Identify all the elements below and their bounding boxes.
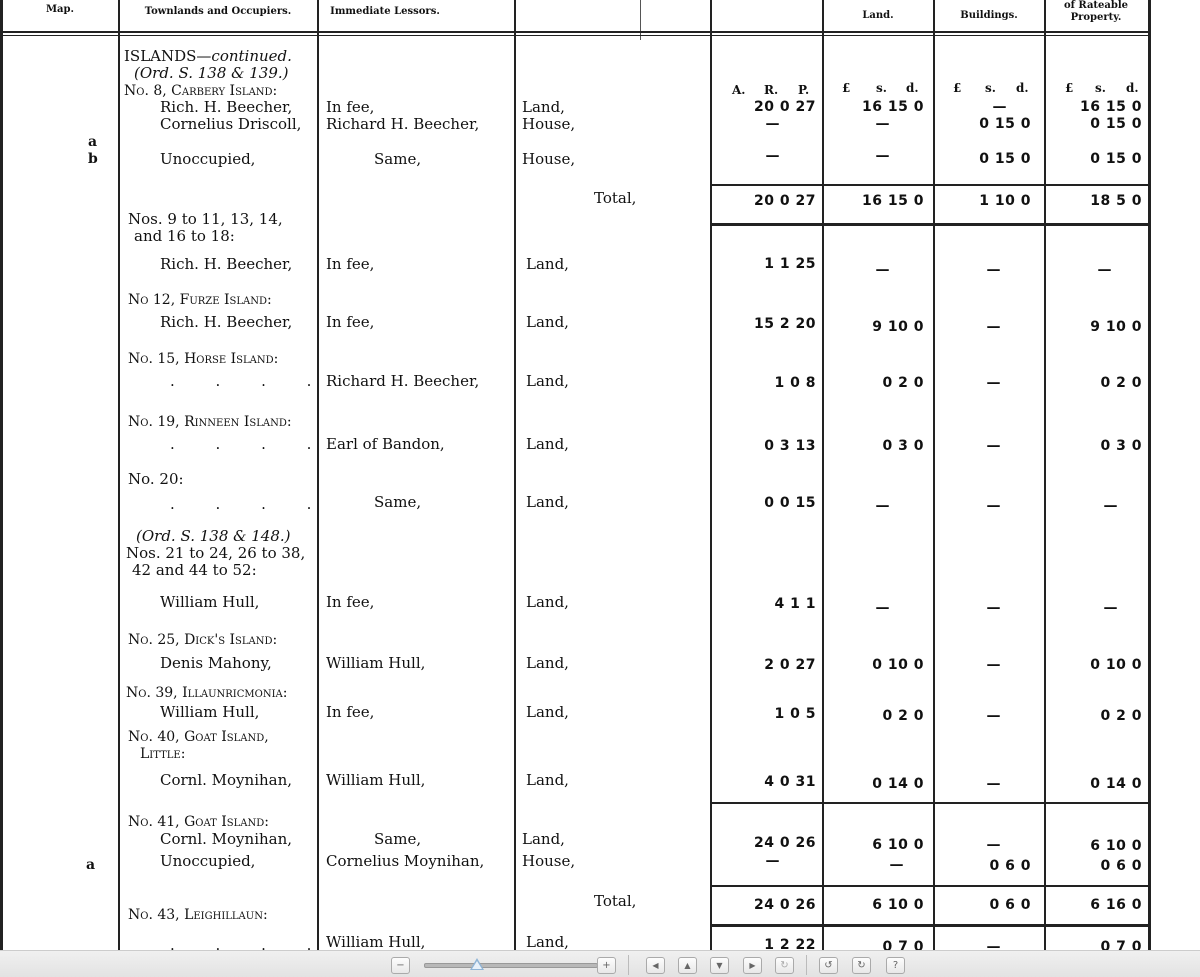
townland-name: No. 41, Goat Island:: [128, 813, 269, 831]
townland-name: No. 20:: [128, 471, 184, 488]
map-ref: a: [88, 134, 97, 150]
unit-pence: d.: [1016, 81, 1029, 95]
unit-roods: R.: [764, 83, 778, 97]
land-value: 0 7 0: [824, 939, 924, 950]
land-value: —: [824, 857, 904, 874]
reset-view-button[interactable]: ↻: [775, 957, 794, 974]
col-rule: [317, 0, 319, 950]
total-value: 0 14 0: [1046, 776, 1142, 793]
area-value: 15 2 20: [712, 316, 816, 333]
land-value: 0 3 0: [824, 438, 924, 455]
total-value: 0 10 0: [1046, 657, 1142, 674]
lessor: In fee,: [326, 314, 374, 331]
townland-name: No 12, Furze Island:: [128, 291, 272, 309]
area-total: 20 0 27: [712, 193, 816, 210]
total-rule: [710, 223, 1150, 226]
rotate-left-button[interactable]: ↺: [819, 957, 838, 974]
header-map: Map.: [30, 4, 90, 40]
unit-pence: d.: [1126, 81, 1139, 95]
total-value: 16 15 0: [1046, 99, 1142, 116]
total-value: 0 2 0: [1046, 375, 1142, 392]
description: Land,: [526, 256, 569, 273]
buildings-value: —: [935, 99, 1007, 116]
total-value: 9 10 0: [1046, 319, 1142, 336]
lessor: Richard H. Beecher,: [326, 116, 479, 133]
help-button[interactable]: ?: [886, 957, 905, 974]
buildings-total: 0 6 0: [935, 897, 1031, 914]
total-value: —: [1046, 498, 1118, 515]
total-value: 0 15 0: [1046, 151, 1142, 168]
total-value: 0 3 0: [1046, 438, 1142, 455]
col-rule: [0, 0, 3, 950]
zoom-slider[interactable]: [424, 963, 598, 968]
townland-name: No. 25, Dick's Island:: [128, 631, 277, 649]
area-total: 24 0 26: [712, 897, 816, 914]
header-townlands: Townlands and Occupiers.: [120, 6, 316, 42]
land-value: 0 10 0: [824, 657, 924, 674]
occupier: Cornl. Moynihan,: [160, 772, 292, 789]
lessor: Same,: [374, 151, 421, 168]
area-value: —: [712, 853, 780, 870]
land-value: 0 14 0: [824, 776, 924, 793]
next-page-button[interactable]: ▶: [743, 957, 762, 974]
land-value: —: [824, 262, 890, 279]
buildings-value: —: [935, 939, 1001, 950]
land-total: 16 15 0: [824, 193, 924, 210]
buildings-value: 0 6 0: [935, 858, 1031, 875]
total-label: Total,: [594, 190, 636, 207]
header-buildings: Buildings.: [935, 10, 1043, 46]
toolbar-separator: [628, 955, 629, 975]
zoom-out-button[interactable]: −: [391, 957, 410, 974]
ord-survey-ref: (Ord. S. 138 & 148.): [136, 528, 291, 545]
area-value: 0 3 13: [712, 438, 816, 455]
previous-page-button[interactable]: ◀: [646, 957, 665, 974]
header-land: Land.: [824, 10, 932, 46]
section-title: ISLANDS—continued.: [124, 48, 292, 65]
lessor: Same,: [374, 494, 421, 511]
occupier-placeholder: . . . .: [170, 373, 329, 390]
area-value: 1 0 8: [712, 375, 816, 392]
lessor: Cornelius Moynihan,: [326, 853, 484, 870]
townland-name-cont: Little:: [140, 745, 185, 763]
map-ref: b: [88, 151, 98, 167]
lessor: In fee,: [326, 99, 374, 116]
unit-pounds: £: [842, 81, 850, 95]
row-rule: [710, 802, 1150, 804]
description: House,: [522, 853, 575, 870]
unit-shillings: s.: [876, 81, 887, 95]
area-value: 4 0 31: [712, 774, 816, 791]
description: Land,: [526, 436, 569, 453]
description: House,: [522, 116, 575, 133]
area-value: 0 0 15: [712, 495, 816, 512]
buildings-value: —: [935, 262, 1001, 279]
land-value: —: [824, 148, 890, 165]
buildings-value: —: [935, 837, 1001, 854]
buildings-total: 1 10 0: [935, 193, 1031, 210]
total-rule: [710, 924, 1150, 927]
buildings-value: —: [935, 319, 1001, 336]
occupier-placeholder: . . . .: [170, 496, 329, 513]
occupier-placeholder: . . . .: [170, 937, 329, 950]
area-value: 20 0 27: [712, 99, 816, 116]
occupier: Rich. H. Beecher,: [160, 314, 292, 331]
total-rule: [710, 184, 1150, 186]
townland-name-cont: and 16 to 18:: [134, 228, 235, 245]
col-rule: [1148, 0, 1151, 950]
occupier: Cornelius Driscoll,: [160, 116, 301, 133]
col-rule: [1044, 0, 1046, 950]
occupier: William Hull,: [160, 704, 259, 721]
occupier: Rich. H. Beecher,: [160, 256, 292, 273]
townland-name-cont: 42 and 44 to 52:: [132, 562, 257, 579]
land-value: 16 15 0: [824, 99, 924, 116]
buildings-value: —: [935, 657, 1001, 674]
area-value: 2 0 27: [712, 657, 816, 674]
total-value: —: [1046, 600, 1118, 617]
lessor: William Hull,: [326, 772, 425, 789]
townland-name: Nos. 21 to 24, 26 to 38,: [126, 545, 305, 562]
townland-name: Nos. 9 to 11, 13, 14,: [128, 211, 283, 228]
total-value: 0 7 0: [1046, 939, 1142, 950]
buildings-value: —: [935, 708, 1001, 725]
unit-perches: P.: [798, 83, 809, 97]
land-value: 9 10 0: [824, 319, 924, 336]
land-value: —: [824, 498, 890, 515]
area-value: —: [712, 148, 780, 165]
buildings-value: —: [935, 498, 1001, 515]
zoom-slider-thumb-inner: [472, 961, 482, 969]
townland-name: No. 19, Rinneen Island:: [128, 413, 292, 431]
description: Land,: [526, 373, 569, 390]
occupier: Unoccupied,: [160, 853, 255, 870]
total-label: Total,: [594, 893, 636, 910]
lessor: In fee,: [326, 704, 374, 721]
area-value: 4 1 1: [712, 596, 816, 613]
col-rule: [822, 0, 824, 950]
map-ref: a: [86, 857, 95, 873]
occupier: Rich. H. Beecher,: [160, 99, 292, 116]
col-rule-dotted: [640, 0, 641, 40]
area-value: 1 0 5: [712, 706, 816, 723]
unit-pounds: £: [953, 81, 961, 95]
unit-pounds: £: [1065, 81, 1073, 95]
area-value: 24 0 26: [712, 835, 816, 852]
occupier-placeholder: . . . .: [170, 436, 329, 453]
buildings-value: —: [935, 776, 1001, 793]
ord-survey-ref: (Ord. S. 138 & 139.): [134, 65, 289, 82]
buildings-value: —: [935, 600, 1001, 617]
description: Land,: [526, 772, 569, 789]
rateable-total: 6 16 0: [1046, 897, 1142, 914]
lessor: Earl of Bandon,: [326, 436, 445, 453]
buildings-value: 0 15 0: [935, 151, 1031, 168]
total-value: 0 2 0: [1046, 708, 1142, 725]
occupier: Unoccupied,: [160, 151, 255, 168]
lessor: Same,: [374, 831, 421, 848]
land-value: 0 2 0: [824, 375, 924, 392]
area-value: 1 1 25: [712, 256, 816, 273]
unit-acres: A.: [732, 83, 746, 97]
lessor: Richard H. Beecher,: [326, 373, 479, 390]
scroll-down-button[interactable]: ▼: [710, 957, 729, 974]
header-rateable-2: Property.: [1046, 12, 1146, 48]
occupier: William Hull,: [160, 594, 259, 611]
total-value: 0 6 0: [1046, 858, 1142, 875]
occupier: Cornl. Moynihan,: [160, 831, 292, 848]
header-lessors: Immediate Lessors.: [320, 6, 450, 42]
total-rule: [710, 885, 1150, 887]
description: Land,: [522, 99, 565, 116]
lessor: William Hull,: [326, 655, 425, 672]
land-value: 0 2 0: [824, 708, 924, 725]
description: Land,: [526, 655, 569, 672]
description: Land,: [526, 314, 569, 331]
document-page: Map. Townlands and Occupiers. Immediate …: [0, 0, 1200, 950]
unit-shillings: s.: [1095, 81, 1106, 95]
description: Land,: [526, 494, 569, 511]
unit-shillings: s.: [985, 81, 996, 95]
description: Land,: [522, 831, 565, 848]
townland-name: No. 40, Goat Island,: [128, 728, 269, 746]
scroll-up-button[interactable]: ▲: [678, 957, 697, 974]
buildings-value: —: [935, 438, 1001, 455]
area-value: —: [712, 116, 780, 133]
rateable-total: 18 5 0: [1046, 193, 1142, 210]
viewer-toolbar: − + ◀ ▲ ▼ ▶ ↻ ↺ ↻ ?: [0, 950, 1200, 977]
description: Land,: [526, 934, 569, 950]
land-total: 6 10 0: [824, 897, 924, 914]
col-rule: [514, 0, 516, 950]
land-value: —: [824, 600, 890, 617]
buildings-value: 0 15 0: [935, 116, 1031, 133]
townland-name: No. 15, Horse Island:: [128, 350, 278, 368]
buildings-value: —: [935, 375, 1001, 392]
occupier: Denis Mahony,: [160, 655, 272, 672]
col-rule: [933, 0, 935, 950]
townland-name: No. 39, Illaunricmonia:: [126, 684, 287, 702]
total-value: —: [1046, 262, 1112, 279]
description: Land,: [526, 594, 569, 611]
toolbar-separator: [806, 955, 807, 975]
lessor: William Hull,: [326, 934, 425, 950]
total-value: 6 10 0: [1046, 838, 1142, 855]
zoom-in-button[interactable]: +: [597, 957, 616, 974]
rotate-right-button[interactable]: ↻: [852, 957, 871, 974]
col-rule: [118, 0, 120, 950]
col-rule: [710, 0, 712, 950]
land-value: 6 10 0: [824, 837, 924, 854]
description: House,: [522, 151, 575, 168]
description: Land,: [526, 704, 569, 721]
land-value: —: [824, 116, 890, 133]
unit-pence: d.: [906, 81, 919, 95]
townland-name: No. 43, Leighillaun:: [128, 906, 268, 924]
total-value: 0 15 0: [1046, 116, 1142, 133]
lessor: In fee,: [326, 594, 374, 611]
area-value: 1 2 22: [712, 937, 816, 950]
lessor: In fee,: [326, 256, 374, 273]
